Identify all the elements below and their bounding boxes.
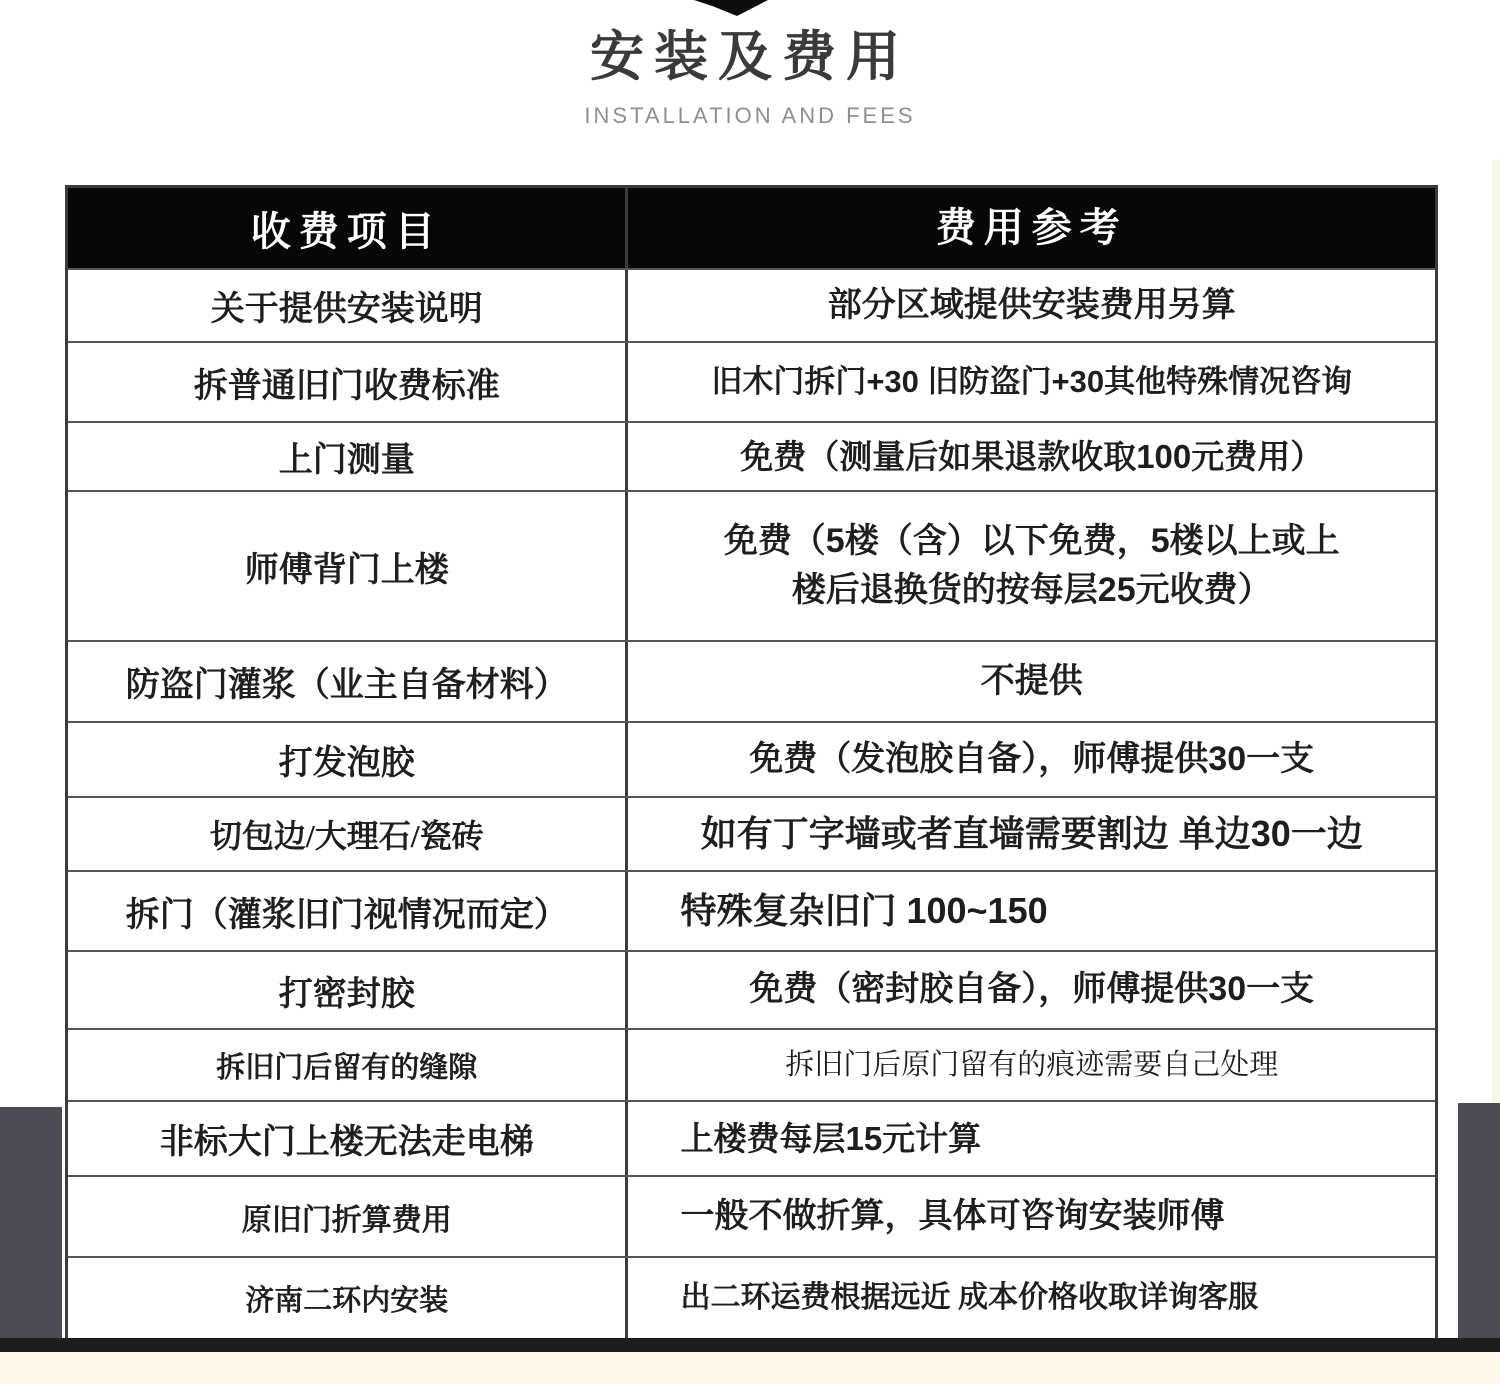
bottom-black-strip <box>0 1338 1500 1352</box>
fee-value-cell: 如有丁字墙或者直墙需要割边 单边30一边 <box>628 798 1435 870</box>
fee-value-cell: 一般不做折算，具体可咨询安装师傅 <box>628 1177 1435 1256</box>
table-row: 关于提供安装说明 部分区域提供安装费用另算 <box>68 268 1435 341</box>
fee-item-cell: 拆旧门后留有的缝隙 <box>68 1030 628 1100</box>
right-gray-bar <box>1458 1103 1500 1338</box>
fee-item-cell: 原旧门折算费用 <box>68 1177 628 1256</box>
header-fee-reference: 费用参考 <box>628 188 1435 268</box>
table-row: 济南二环内安装 出二环运费根据远近 成本价格收取详询客服 <box>68 1256 1435 1338</box>
page-title: 安装及费用 <box>0 28 1500 87</box>
fee-item-cell: 打密封胶 <box>68 952 628 1028</box>
table-row: 切包边/大理石/瓷砖 如有丁字墙或者直墙需要割边 单边30一边 <box>68 796 1435 870</box>
fee-value-cell: 部分区域提供安装费用另算 <box>628 270 1435 341</box>
fee-value-cell: 免费（5楼（含）以下免费，5楼以上或上 楼后退换货的按每层25元收费） <box>628 492 1435 640</box>
fee-item-cell: 济南二环内安装 <box>68 1258 628 1338</box>
table-row: 上门测量 免费（测量后如果退款收取100元费用） <box>68 421 1435 490</box>
fee-item-cell: 非标大门上楼无法走电梯 <box>68 1102 628 1175</box>
fee-value-cell: 免费（密封胶自备），师傅提供30一支 <box>628 952 1435 1028</box>
fee-item-cell: 打发泡胶 <box>68 723 628 796</box>
header-fee-item: 收费项目 <box>68 188 628 268</box>
fee-item-cell: 切包边/大理石/瓷砖 <box>68 798 628 870</box>
table-row: 打密封胶 免费（密封胶自备），师傅提供30一支 <box>68 950 1435 1028</box>
table-row: 非标大门上楼无法走电梯 上楼费每层15元计算 <box>68 1100 1435 1175</box>
fee-value-cell: 特殊复杂旧门 100~150 <box>628 872 1435 950</box>
table-row: 拆旧门后留有的缝隙 拆旧门后原门留有的痕迹需要自己处理 <box>68 1028 1435 1100</box>
right-edge-strip <box>1492 160 1500 1103</box>
fee-value-cell: 免费（测量后如果退款收取100元费用） <box>628 423 1435 490</box>
fee-value-cell: 旧木门拆门+30 旧防盗门+30其他特殊情况咨询 <box>628 343 1435 421</box>
table-row: 拆门（灌浆旧门视情况而定） 特殊复杂旧门 100~150 <box>68 870 1435 950</box>
table-row: 拆普通旧门收费标准 旧木门拆门+30 旧防盗门+30其他特殊情况咨询 <box>68 341 1435 421</box>
fee-item-cell: 防盗门灌浆（业主自备材料） <box>68 642 628 721</box>
table-row: 师傅背门上楼 免费（5楼（含）以下免费，5楼以上或上 楼后退换货的按每层25元收… <box>68 490 1435 640</box>
fee-value-cell: 拆旧门后原门留有的痕迹需要自己处理 <box>628 1030 1435 1100</box>
bottom-cream-strip <box>0 1352 1500 1384</box>
fee-value-cell: 出二环运费根据远近 成本价格收取详询客服 <box>628 1258 1435 1338</box>
fee-item-cell: 上门测量 <box>68 423 628 490</box>
table-header-row: 收费项目 费用参考 <box>68 188 1435 268</box>
fee-item-cell: 拆普通旧门收费标准 <box>68 343 628 421</box>
fee-value-cell: 免费（发泡胶自备），师傅提供30一支 <box>628 723 1435 796</box>
arrow-tip-icon <box>694 0 768 16</box>
left-gray-bar <box>0 1107 62 1338</box>
table-row: 防盗门灌浆（业主自备材料） 不提供 <box>68 640 1435 721</box>
fee-item-cell: 师傅背门上楼 <box>68 492 628 640</box>
table-row: 打发泡胶 免费（发泡胶自备），师傅提供30一支 <box>68 721 1435 796</box>
fees-table: 收费项目 费用参考 关于提供安装说明 部分区域提供安装费用另算 拆普通旧门收费标… <box>65 185 1438 1341</box>
fee-value-cell: 上楼费每层15元计算 <box>628 1102 1435 1175</box>
title-block: 安装及费用 INSTALLATION AND FEES <box>0 28 1500 129</box>
fee-item-cell: 拆门（灌浆旧门视情况而定） <box>68 872 628 950</box>
table-row: 原旧门折算费用 一般不做折算，具体可咨询安装师傅 <box>68 1175 1435 1256</box>
fee-value-cell: 不提供 <box>628 642 1435 721</box>
page-subtitle: INSTALLATION AND FEES <box>0 103 1500 129</box>
fee-item-cell: 关于提供安装说明 <box>68 270 628 341</box>
